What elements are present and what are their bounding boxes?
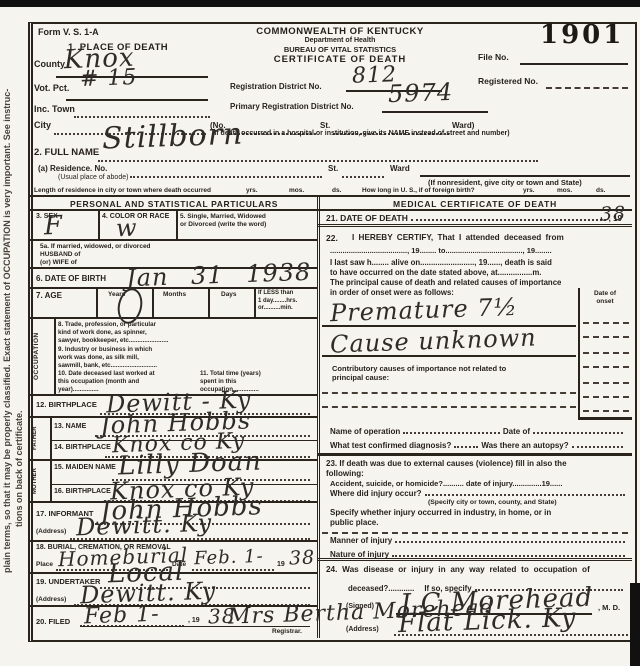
registration-district-label: Registration District No. xyxy=(230,82,322,92)
test-rule xyxy=(454,444,478,448)
foreign-mos-label: mos. xyxy=(557,187,572,195)
personal-section-title: PERSONAL AND STATISTICAL PARTICULARS xyxy=(30,199,318,210)
date-of-birth-handwritten-value: Jan 31 1938 xyxy=(126,260,312,290)
contributory-rule-1 xyxy=(322,390,576,394)
where-injury-rule xyxy=(425,492,625,496)
external-causes-text: 23. If death was due to external causes … xyxy=(326,459,567,479)
where-injury-row: Where did injury occur? xyxy=(330,489,628,499)
diagnosis-row: What test confirmed diagnosis? Was there… xyxy=(330,441,626,451)
date-of-death-rule xyxy=(411,217,606,221)
marital-status-label: 5. Single, Married, Widowed or Divorced … xyxy=(180,213,266,229)
undertaker-address-label: (Address) xyxy=(36,596,66,604)
columns-top-rule xyxy=(30,195,630,197)
burial-year-handwritten-value: 38 xyxy=(289,549,316,569)
where-injury-note: (Specify city or town, county, and State… xyxy=(428,499,557,507)
manner-of-injury-row: Manner of injury xyxy=(330,536,628,546)
nature-of-injury-label: Nature of injury xyxy=(330,550,389,560)
operation-date-label: Date of xyxy=(503,427,530,437)
certify-blanks: ....................................., 1… xyxy=(330,246,552,255)
form-number: Form V. S. 1-A xyxy=(38,27,99,38)
residence-ward-rule xyxy=(420,175,630,177)
occupation-item9: 9. Industry or business in which work wa… xyxy=(58,346,157,369)
onset-rule-6 xyxy=(583,394,629,398)
informant-address-label: (Address) xyxy=(36,528,66,536)
full-name-rule xyxy=(98,158,538,162)
length-ds-label: ds. xyxy=(332,187,341,195)
occupation-related-text: 24. Was disease or injury in any way rel… xyxy=(326,565,590,575)
margin-note-line2: tions on back of certificate. xyxy=(14,300,24,638)
father-birthplace-label: 14. BIRTHPLACE xyxy=(54,444,111,453)
physician-address-handwritten: Flat Lick. Ky xyxy=(398,605,577,637)
onset-label: Date of onset xyxy=(580,290,630,306)
mother-vertical-label: MOTHER xyxy=(32,461,48,501)
vot-pct-label: Vot. Pct. xyxy=(34,83,69,94)
age-div1 xyxy=(96,287,98,317)
age-days-label: Days xyxy=(221,291,237,299)
registered-no-label: Registered No. xyxy=(478,76,538,87)
residence-no-rule xyxy=(130,174,322,178)
foreign-ds-label: ds. xyxy=(596,187,605,195)
certificate-title: CERTIFICATE OF DEATH xyxy=(230,54,450,66)
primary-district-label: Primary Registration District No. xyxy=(230,102,354,112)
specify-injury-text: Specify whether injury occurred in indus… xyxy=(330,508,551,528)
filed-date-handwritten-value: Feb 1- xyxy=(84,604,160,629)
onset-rule-7 xyxy=(583,408,629,412)
nonresident-note: (If nonresident, give city or town and S… xyxy=(428,178,582,187)
manner-of-injury-rule xyxy=(395,539,625,543)
certify-text: I HEREBY CERTIFY, That I attended deceas… xyxy=(352,233,564,243)
contributory-rule-2 xyxy=(322,404,576,408)
age-less-than-label: If LESS than 1 day........hrs. or.......… xyxy=(258,290,297,313)
operation-label: Name of operation xyxy=(330,427,400,437)
operation-rule xyxy=(403,430,500,434)
occupation-cell-divider xyxy=(54,317,56,394)
nature-of-injury-row: Nature of injury xyxy=(330,550,628,560)
filed-label: 20. FILED xyxy=(36,617,70,626)
row3-bottom-rule xyxy=(30,239,318,241)
burial-year-printed: 19 xyxy=(277,561,285,570)
onset-rule-2 xyxy=(583,334,629,338)
color-race-handwritten-value: w xyxy=(116,216,138,241)
vot-pct-handwritten-value: # 15 xyxy=(80,67,138,91)
foreign-yrs-label: yrs. xyxy=(523,187,535,195)
manner-of-injury-label: Manner of injury xyxy=(330,536,392,546)
occupation-item8: 8. Trade, profession, or particular kind… xyxy=(58,321,168,344)
contributory-text: Contributory causes of importance not re… xyxy=(332,364,506,383)
primary-district-rule xyxy=(382,111,488,113)
bureau-subtitle: BUREAU OF VITAL STATISTICS xyxy=(230,45,450,54)
occurred-text: to have occurred on the date stated abov… xyxy=(330,268,541,278)
test-label: What test confirmed diagnosis? xyxy=(330,441,451,451)
hospital-note: (If death occurred in a hospital or inst… xyxy=(212,130,632,139)
age-months-label: Months xyxy=(163,291,186,299)
birthplace-label: 12. BIRTHPLACE xyxy=(36,400,97,409)
full-name-label: 2. FULL NAME xyxy=(34,147,99,159)
nature-of-injury-rule xyxy=(392,553,625,557)
onset-rule-1 xyxy=(583,320,629,324)
age-bottom-rule xyxy=(30,317,318,319)
county-label: County xyxy=(34,59,65,70)
age-div3 xyxy=(208,287,210,317)
certify-number: 22. xyxy=(326,233,338,244)
onset-column-divider xyxy=(578,288,580,418)
file-no-label: File No. xyxy=(478,52,509,63)
age-div4 xyxy=(254,287,256,317)
date-of-death-label: 21. DATE OF DEATH xyxy=(326,213,408,224)
registered-no-rule xyxy=(546,85,628,89)
operation-row: Name of operation Date of xyxy=(330,427,626,437)
date-of-birth-label: 6. DATE OF BIRTH xyxy=(36,274,106,284)
inc-town-label: Inc. Town xyxy=(34,104,75,115)
foreign-birth-label: How long in U. S., if of foreign birth? xyxy=(362,187,475,195)
length-of-residence-label: Length of residence in city or town wher… xyxy=(34,187,211,195)
father-vertical-label: FATHER xyxy=(32,418,48,458)
autopsy-rule xyxy=(572,444,623,448)
filed-year-printed: , 19 xyxy=(188,617,200,626)
autopsy-label: Was there an autopsy? xyxy=(481,441,568,451)
injury-blank-rule xyxy=(322,530,628,534)
occupation-vertical-label: OCCUPATION xyxy=(33,320,51,392)
residence-ward-label: Ward xyxy=(390,164,410,174)
death-certificate-scan: plain terms, so that it may be properly … xyxy=(0,0,640,666)
physician-address-label: (Address) xyxy=(346,626,379,635)
sex-handwritten-value: F xyxy=(44,213,64,240)
scan-top-bar xyxy=(0,0,640,7)
father-name-label: 13. NAME xyxy=(54,423,86,432)
city-label: City xyxy=(34,120,51,131)
cause-of-death-line1-handwritten: Premature 7½ xyxy=(330,295,519,326)
onset-bottom-rule xyxy=(578,417,632,420)
date-of-death-row: 21. DATE OF DEATH , 19 xyxy=(326,213,622,224)
age-label: 7. AGE xyxy=(36,291,62,301)
section22-bottom-rule xyxy=(318,453,632,456)
margin-note-line1: plain terms, so that it may be properly … xyxy=(2,26,12,636)
informant-address-handwritten-value: Dewitt. Ky xyxy=(76,511,213,540)
length-mos-label: mos. xyxy=(289,187,304,195)
where-injury-label: Where did injury occur? xyxy=(330,489,422,499)
burial-place-label: Place xyxy=(36,561,53,569)
date-of-death-year-handwritten-value: 38 xyxy=(600,205,627,225)
medical-section-title: MEDICAL CERTIFICATE OF DEATH xyxy=(318,199,632,210)
last-saw-text: I last saw h........ alive on...........… xyxy=(330,258,552,268)
file-stamp-number: 1901 xyxy=(540,20,624,50)
full-name-handwritten-value: Stillborn xyxy=(102,120,244,155)
age-div2 xyxy=(152,287,154,317)
abode-note: (Usual place of abode) xyxy=(58,174,128,183)
md-label: , M. D. xyxy=(598,603,620,612)
length-yrs-label: yrs. xyxy=(246,187,258,195)
informant-bottom-rule xyxy=(30,540,318,542)
onset-rule-5 xyxy=(583,380,629,384)
scan-right-bar xyxy=(630,583,640,666)
operation-date-rule xyxy=(533,430,623,434)
residence-st-label: St. xyxy=(328,164,338,174)
sex-color-divider xyxy=(98,209,100,239)
onset-rule-3 xyxy=(583,350,629,354)
residence-st-rule xyxy=(342,174,384,178)
residence-label: (a) Residence. No. xyxy=(38,164,107,174)
mother-maiden-name-label: 15. MAIDEN NAME xyxy=(54,464,116,473)
date-of-death-bottom-rule xyxy=(318,224,632,227)
registrar-label: Registrar. xyxy=(272,628,302,636)
vot-pct-rule xyxy=(66,99,208,101)
cause-of-death-line2-handwritten: Cause unknown xyxy=(330,325,537,356)
burial-date-handwritten-value: Feb. 1- xyxy=(194,548,264,568)
accident-text: Accident, suicide, or homicide?.........… xyxy=(330,479,562,488)
file-no-rule xyxy=(520,63,628,65)
color-marital-divider xyxy=(176,209,178,239)
primary-district-handwritten-value: 5974 xyxy=(388,80,454,106)
onset-rule-4 xyxy=(583,364,629,368)
mother-birthplace-label: 16. BIRTHPLACE xyxy=(54,488,111,497)
